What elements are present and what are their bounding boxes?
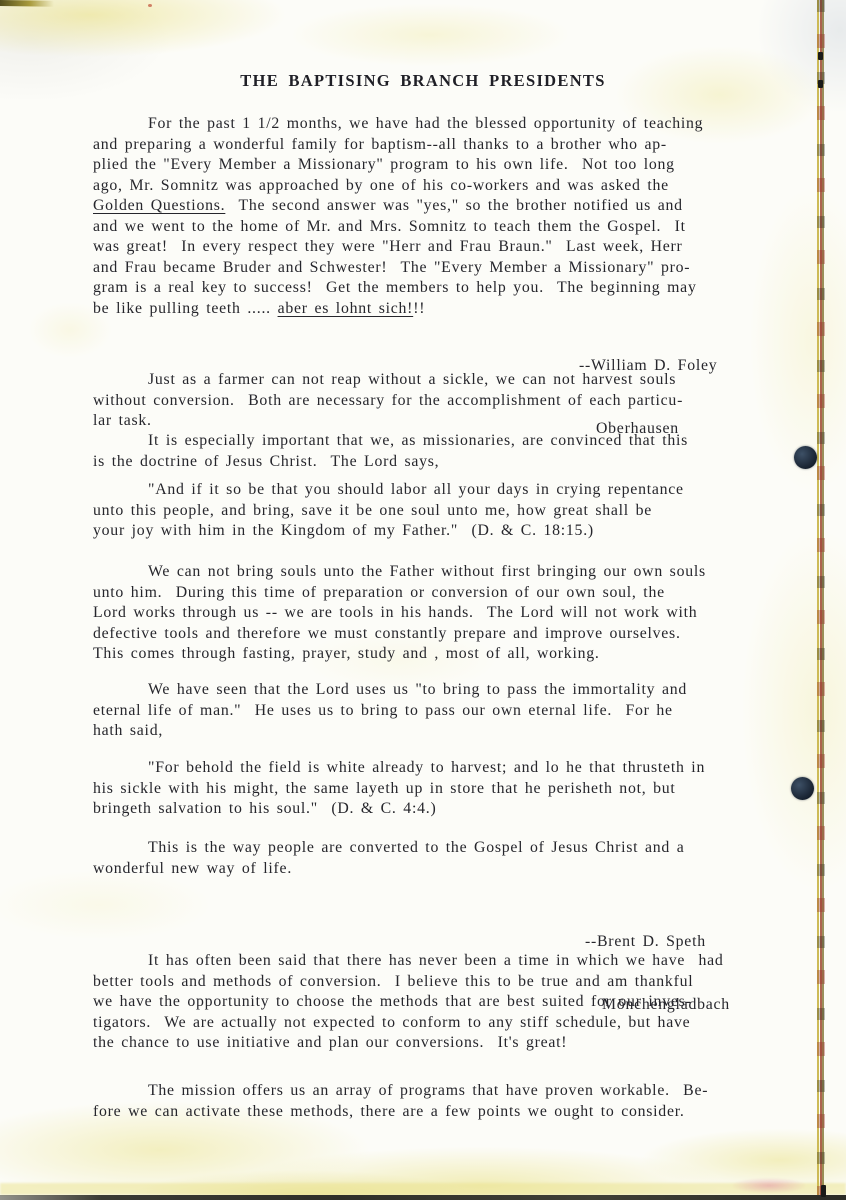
pink-ink-smudge [733,1178,805,1193]
top-edge-scan-streak [0,0,54,7]
binding-dot-bottom [791,777,814,800]
paragraph-converted: This is the way people are converted to … [93,838,684,879]
paragraph-immortality: We have seen that the Lord uses us "to b… [93,680,687,742]
edge-mark [818,52,823,60]
scripture-quote-dc-4-4: "For behold the field is white already t… [93,758,705,820]
scanned-document-page: THE BAPTISING BRANCH PRESIDENTS For the … [0,0,846,1200]
paragraph-better-tools: It has often been said that there has ne… [93,951,724,1054]
paragraph-mission-programs: The mission offers us an array of progra… [93,1081,708,1122]
signature-speth-name: --Brent D. Speth [585,931,730,952]
right-page-edge-scan-line [817,0,825,1200]
edge-mark [818,80,823,88]
paragraph-tools-in-his-hands: We can not bring souls unto the Father w… [93,562,706,665]
paragraph-farmer-sickle: Just as a farmer can not reap without a … [93,370,683,432]
red-speck [148,4,152,7]
bottom-page-edge [0,1195,846,1200]
paragraph-foley-report: For the past 1 1/2 months, we have had t… [93,114,703,319]
scripture-quote-dc-18-15: "And if it so be that you should labor a… [93,480,684,542]
paragraph-doctrine: It is especially important that we, as m… [93,431,688,472]
document-title: THE BAPTISING BRANCH PRESIDENTS [0,71,846,91]
bottom-aging-band [0,1183,846,1195]
binding-dot-top [794,446,817,469]
edge-mark [821,1185,826,1197]
